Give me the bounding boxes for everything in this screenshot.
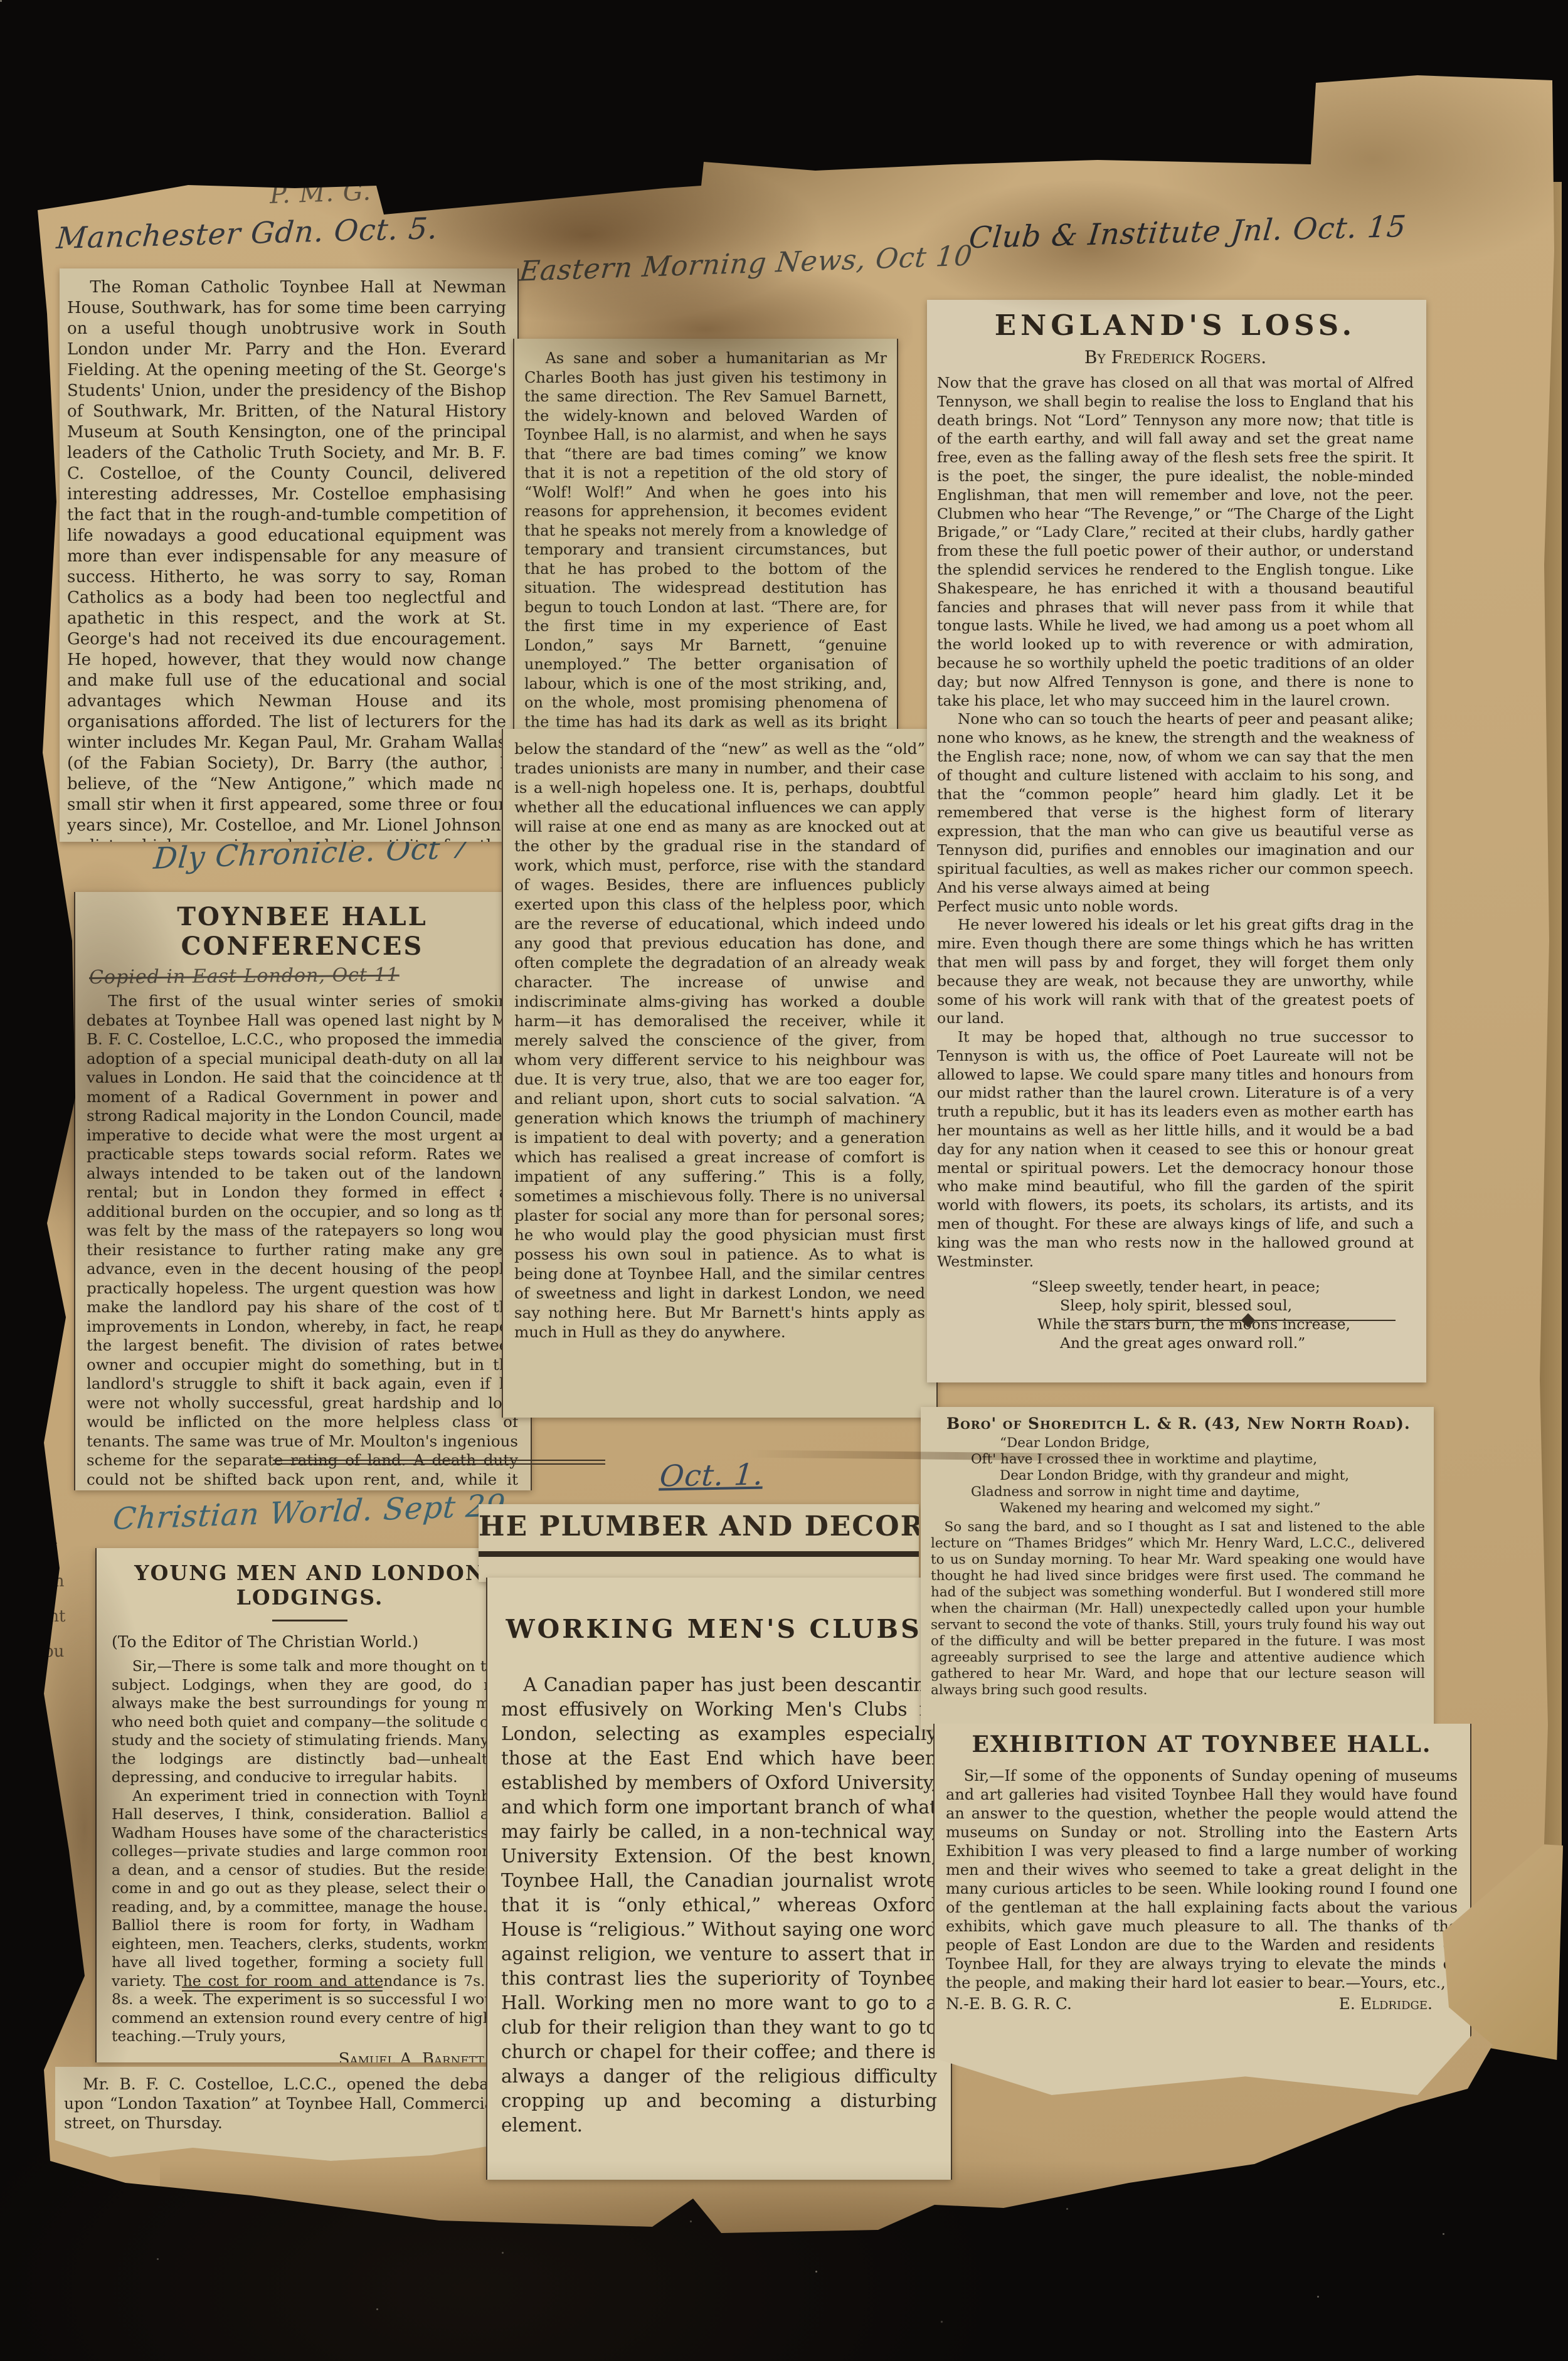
- young-men-end-rule: [182, 1987, 383, 1992]
- shoreditch-poem: “Dear London Bridge, Oft' have I crossed…: [931, 1435, 1425, 1517]
- young-men-headline: YOUNG MEN AND LONDON LODGINGS.: [112, 1561, 508, 1610]
- dust-specks: [0, 0, 2, 2]
- scrapbook-scan: { "annotations": { "pmg": "P. M. G. Oct …: [0, 0, 1568, 2361]
- headline-divider: [272, 1620, 347, 1621]
- clipping-booth-barnett-lower: below the standard of the “new” as well …: [502, 729, 938, 1418]
- conferences-headline: TOYNBEE HALL CONFERENCES: [87, 902, 518, 961]
- clipping-booth-barnett-upper: As sane and sober a humanitarian as Mr C…: [513, 339, 898, 738]
- clipping-city-press: Mr. B. F. C. Costelloe, L.C.C., opened t…: [55, 2067, 514, 2161]
- exhibition-headline: EXHIBITION AT TOYNBEE HALL.: [946, 1731, 1458, 1758]
- clipping-toynbee-hall-conferences: TOYNBEE HALL CONFERENCES Copied in East …: [74, 892, 532, 1490]
- clipping-shoreditch-lecture: Boro' of Shoreditch L. & R. (43, New Nor…: [921, 1407, 1434, 1729]
- clipping-young-men-lodgings: YOUNG MEN AND LONDON LODGINGS. (To the E…: [95, 1548, 522, 2062]
- young-men-salutation: (To the Editor of The Christian World.): [112, 1633, 508, 1651]
- englands-loss-headline: ENGLAND'S LOSS.: [937, 309, 1414, 342]
- masthead-rule: [479, 1551, 919, 1557]
- scrapbook-page: P. M. G. Oct 3 Manchester Gdn. Oct. 5. D…: [34, 72, 1555, 2242]
- buried-clipping-fragments-2: w un int bu: [43, 1529, 66, 1669]
- clipping-working-mens-clubs: WORKING MEN'S CLUBS. A Canadian paper ha…: [486, 1578, 952, 2180]
- annotation-manchester-guardian: Manchester Gdn. Oct. 5.: [55, 211, 439, 256]
- clipping-plumber-decorator-masthead: HE PLUMBER AND DECORATOR ANI: [479, 1504, 919, 1582]
- annotation-pmg: P. M. G. Oct 3: [269, 174, 452, 210]
- clipping-newman-house: The Roman Catholic Toynbee Hall at Newma…: [60, 268, 519, 842]
- englands-loss-byline: By Frederick Rogers.: [937, 347, 1414, 368]
- exhibition-signature-author: E. Eldridge.: [1339, 1995, 1433, 2013]
- exhibition-signature-club: N.-E. B. G. R. C.: [946, 1995, 1072, 2013]
- annotation-eastern-morning-news: Eastern Morning News, Oct 10: [518, 240, 975, 287]
- buried-clipping-fragments: tho aq k: [40, 1057, 57, 1333]
- annotation-oct-1: Oct. 1.: [659, 1458, 765, 1494]
- young-men-signature: Samuel A. Barnett.: [112, 2050, 489, 2063]
- clipping-exhibition-toynbee-hall: EXHIBITION AT TOYNBEE HALL. Sir,—If some…: [933, 1724, 1471, 2095]
- shoreditch-header: Boro' of Shoreditch L. & R. (43, New Nor…: [931, 1414, 1425, 1433]
- conferences-end-rule: [273, 1460, 605, 1465]
- masthead-title: HE PLUMBER AND DECORATOR ANI: [479, 1510, 919, 1542]
- annotation-copied-note: Copied in East London, Oct 11: [89, 963, 518, 989]
- annotation-club-institute-journal: Club & Institute Jnl. Oct. 15: [967, 210, 1407, 255]
- working-mens-clubs-headline: WORKING MEN'S CLUBS.: [501, 1614, 937, 1644]
- clipping-englands-loss: ENGLAND'S LOSS. By Frederick Rogers. Now…: [927, 300, 1426, 1382]
- englands-loss-end-rule: [1101, 1315, 1396, 1325]
- annotation-christian-world: Christian World. Sept 29: [112, 1488, 507, 1537]
